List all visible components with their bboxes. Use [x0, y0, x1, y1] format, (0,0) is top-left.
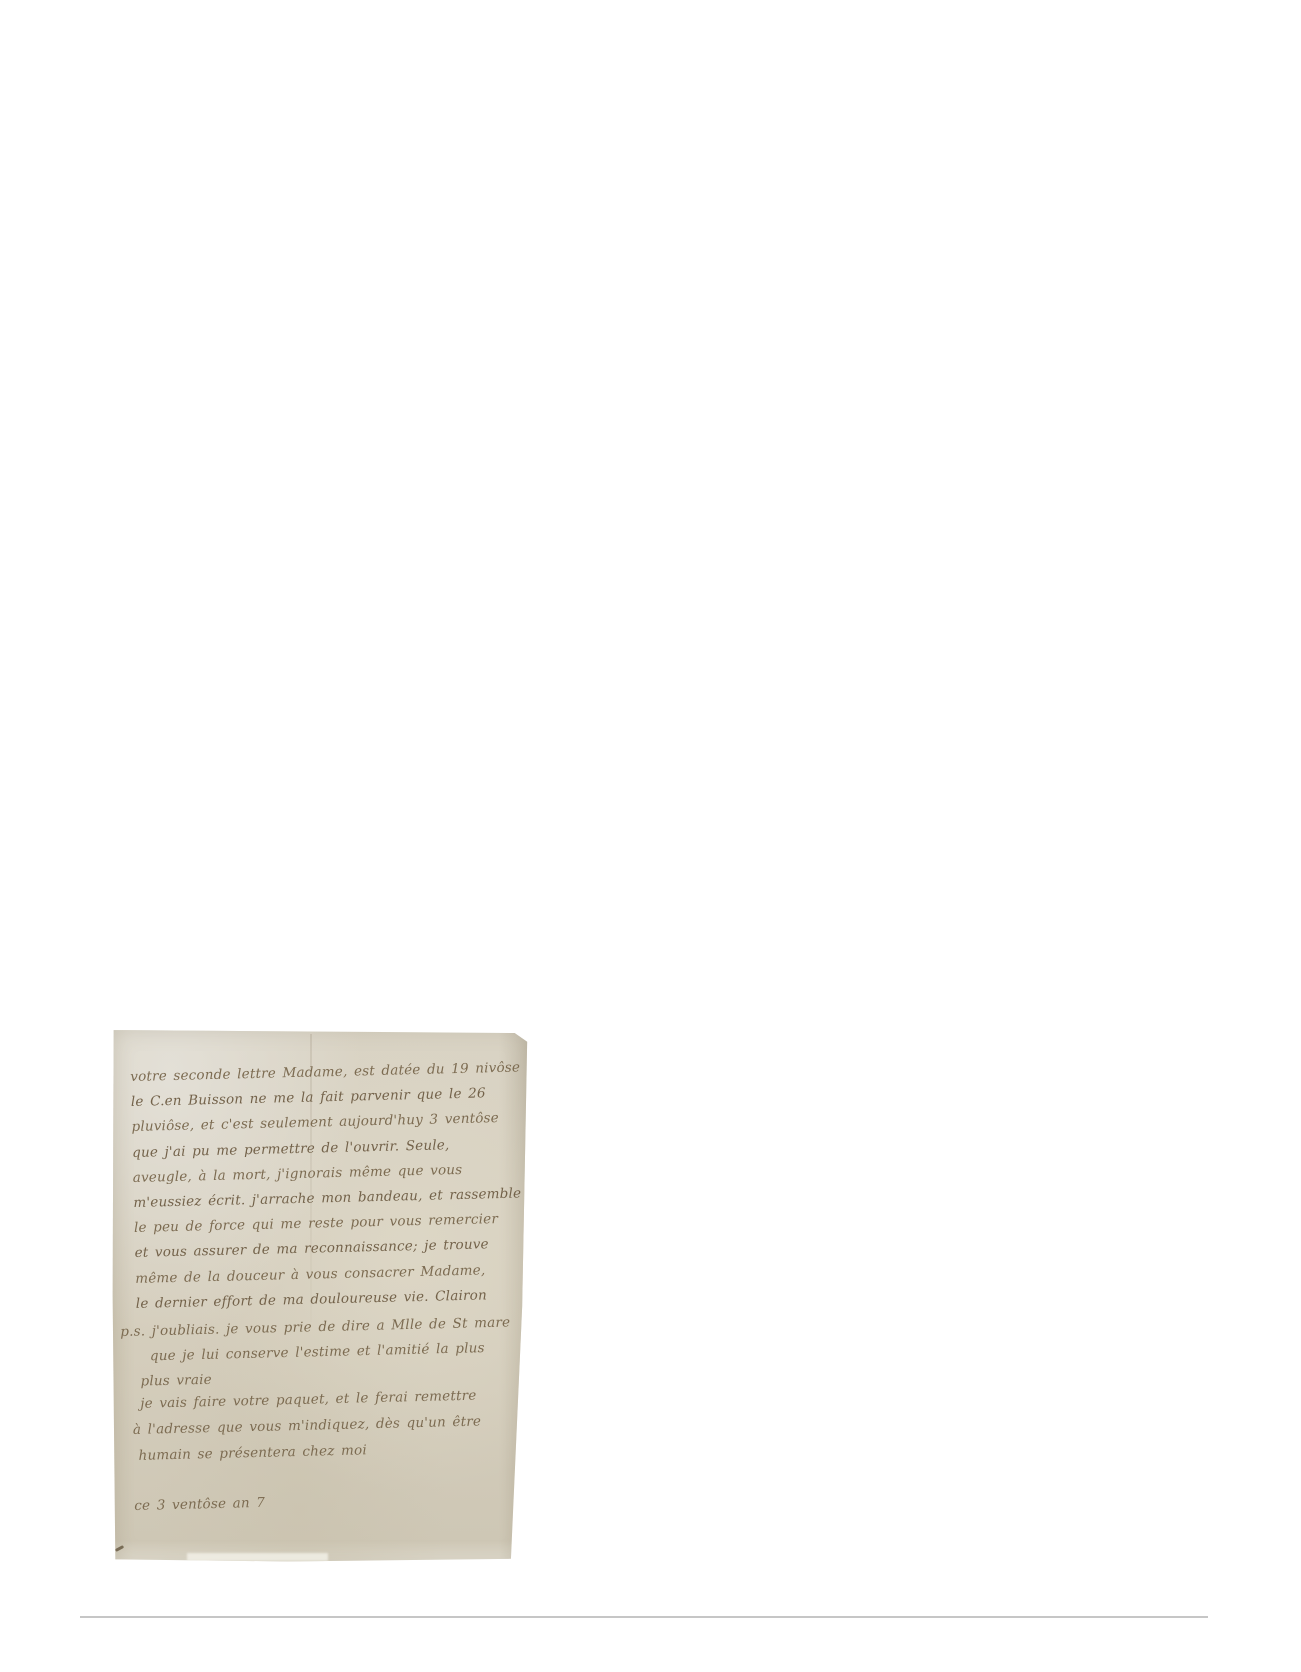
footer-divider — [80, 1616, 1208, 1618]
letter-date-line: ce 3 ventôse an 7 — [134, 1490, 265, 1519]
letter-scan-image[interactable]: votre seconde lettre Madame, est datée d… — [112, 1029, 528, 1562]
letter-body-text: votre seconde lettre Madame, est datée d… — [130, 1055, 528, 1317]
ink-mark — [115, 1545, 124, 1552]
paper-edge-highlight — [187, 1553, 328, 1561]
letter-packet-text: je vais faire votre paquet, et le ferai … — [132, 1382, 482, 1468]
page-background: votre seconde lettre Madame, est datée d… — [0, 0, 1301, 1672]
letter-paper: votre seconde lettre Madame, est datée d… — [112, 1029, 528, 1562]
